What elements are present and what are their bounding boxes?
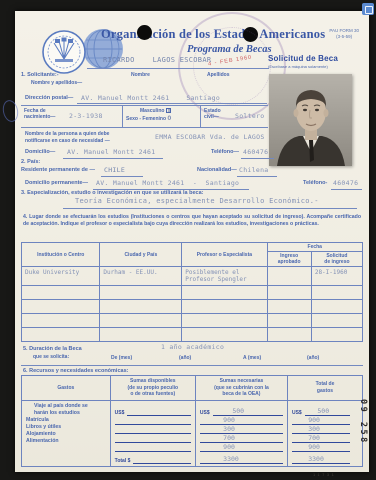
applicant-name-value: RICARDO LAGOS ESCOBAR [103, 56, 211, 64]
currency-label: US$ [115, 410, 125, 416]
institucion-value [22, 300, 100, 314]
civil-status-value: Soltero [235, 112, 265, 120]
de-mes-label: De (mes) [111, 355, 132, 361]
amount-line: 900 [292, 444, 350, 452]
amount-line [115, 435, 191, 443]
hole-punch-icon [137, 25, 152, 40]
profesor-value: Posiblemente el Profesor Spengler [182, 267, 267, 286]
total-value: 900 [308, 416, 320, 424]
overlay-icon[interactable] [362, 3, 374, 15]
col-profesor: Profesor o Especialista [182, 243, 267, 267]
sex-femenino-line: Sexo - Femenino O [126, 114, 197, 122]
institucion-value [22, 286, 100, 300]
col-ciudad: Ciudad y País [100, 243, 182, 267]
ciudad-value: Durham - EE.UU. [100, 267, 182, 286]
amount-line [115, 444, 191, 452]
direccion-label: Dirección postal— [25, 95, 73, 101]
direccion-underline [77, 103, 267, 104]
necesaria-value: 900 [223, 416, 235, 424]
name-underline [87, 68, 269, 69]
amount-line [115, 417, 191, 425]
domicilio-label: Domicilio— [25, 149, 55, 155]
notify-label: Nombre de la persona a quien debe notifi… [25, 131, 110, 145]
dom-perm-telefono-value: 460476 [331, 179, 362, 190]
nacionalidad-value: Chilena [237, 166, 277, 177]
residente-value: CHILE [101, 166, 143, 177]
table-row [22, 328, 363, 342]
ingreso-value [267, 300, 311, 314]
col-total-gastos: Total de gastos [287, 376, 362, 401]
necesaria-value: 900 [223, 443, 235, 451]
study-places-table: Institución o Centro Ciudad y País Profe… [21, 242, 363, 342]
ciudad-value [100, 286, 182, 300]
telefono-label: Teléfono— [211, 149, 239, 155]
amount-line: 900 [200, 444, 283, 452]
form-number-line2: (3-5-59) [329, 34, 359, 40]
section3-value: Teoría Económica, especialmente Desarrol… [75, 197, 319, 205]
notify-value: EMMA ESCOBAR Vda. de LAGOS [155, 133, 265, 141]
solicitud-value [311, 286, 362, 300]
sex-masculino-checkbox: x [166, 108, 171, 113]
ciudad-value [100, 314, 182, 328]
amount-line: 3300 [200, 456, 283, 464]
gasto-label: Viaje al país donde se harán los estudio… [34, 403, 106, 417]
total-value: 300 [308, 425, 320, 433]
institucion-value: Duke University [22, 267, 100, 286]
dom-perm-telefono-label: Teléfono- [303, 180, 327, 186]
ciudad-value [100, 328, 182, 342]
nacionalidad-label: Nacionalidad— [197, 167, 237, 173]
section4-title: 4. Lugar donde se efectuarán los estudio… [23, 214, 361, 228]
amount-line [115, 426, 191, 434]
section2-title: 2. País: [21, 159, 40, 165]
amount-line: 900 [200, 417, 283, 425]
sex-femenino-label: Sexo - Femenino [126, 116, 166, 122]
ingreso-value [267, 328, 311, 342]
col-solicitud: Solicitud de ingreso [311, 252, 362, 267]
institucion-value [22, 314, 100, 328]
birthdate-cell: Fecha de nacimiento— 2-3-1938 [21, 106, 123, 127]
amount-line: 300 [292, 426, 350, 434]
table-row [22, 286, 363, 300]
section1-title: 1. Solicitante:- [21, 72, 59, 78]
col-institucion: Institución o Centro [22, 243, 100, 267]
amount-line: 700 [200, 435, 283, 443]
total-label: Total $ [115, 458, 131, 464]
ingreso-value [267, 267, 311, 286]
ano1-label: (año) [179, 355, 191, 361]
civil-status-cell: Estado civil— Soltero [201, 106, 268, 127]
amount-line [133, 456, 191, 464]
table-row [22, 300, 363, 314]
total-value: 900 [308, 443, 320, 451]
gasto-label: Alimentación [26, 438, 106, 445]
solicitud-value [311, 328, 362, 342]
dom-perm-label: Domicilio permanente— [25, 180, 88, 186]
gasto-label: Libros y útiles [26, 424, 106, 431]
profesor-value [182, 328, 267, 342]
direccion-value: AV. Manuel Montt 2461 Santiago [81, 94, 220, 102]
section6-title: 6. Recursos y necesidades económicas: [23, 368, 128, 374]
total-necesaria-value: 3300 [223, 455, 239, 463]
col-necesarias: Sumas necesarias (que se cubrirán con la… [195, 376, 287, 401]
apellidos-column-label: Apellidos [207, 72, 230, 78]
currency-label: US$ [292, 410, 302, 416]
ingreso-value [267, 286, 311, 300]
sex-cell: Masculinox Sexo - Femenino O [123, 106, 201, 127]
table-row: Viaje al país donde se harán los estudio… [22, 400, 363, 466]
necesaria-value: 700 [223, 434, 235, 442]
solicitud-value: 28-I-1960 [311, 267, 362, 286]
currency-label: US$ [200, 410, 210, 416]
total-value: 700 [308, 434, 320, 442]
amount-line: 700 [292, 435, 350, 443]
ingreso-value [267, 314, 311, 328]
amount-line: 3300 [292, 456, 350, 464]
gasto-label: Alojamiento [26, 431, 106, 438]
archival-number: 09 258 [358, 399, 368, 445]
amount-line: 500 [213, 408, 283, 416]
section3-title: 3. Especialización, estudio o investigac… [21, 190, 203, 196]
necesaria-value: 500 [232, 407, 244, 415]
gasto-label: Matrícula [26, 417, 106, 424]
profesor-value [182, 300, 267, 314]
scanned-form-page: Organización de los Estados Americanos P… [15, 11, 369, 472]
birth-sex-civil-row: Fecha de nacimiento— 2-3-1938 Masculinox… [21, 105, 268, 128]
amount-line: 500 [305, 408, 350, 416]
profesor-value [182, 286, 267, 300]
ano2-label: (año) [307, 355, 319, 361]
applicant-photo [269, 74, 352, 166]
ciudad-value [100, 300, 182, 314]
necesaria-value: 300 [223, 425, 235, 433]
dom-perm-value: AV. Manuel Montt 2461 - Santiago [93, 179, 249, 190]
total-general-value: 3300 [308, 455, 324, 463]
domicilio-value: AV. Manuel Montt 2461 [63, 148, 163, 159]
section3-underline [63, 208, 357, 209]
solicitud-value [311, 300, 362, 314]
total-value: 500 [317, 407, 329, 415]
section1-subtitle: Nombre y apellidos— [31, 80, 82, 86]
profesor-value [182, 314, 267, 328]
col-gastos: Gastos [22, 376, 111, 401]
residente-label: Residente permanente de — [21, 167, 95, 173]
nombre-column-label: Nombre [131, 72, 150, 78]
amount-line: 900 [292, 417, 350, 425]
section5-title2: que se solicita: [33, 354, 69, 360]
table-row [22, 314, 363, 328]
col-disponibles: Sumas disponibles (de su propio peculio … [110, 376, 195, 401]
section5-title: 5. Duración de la Beca [23, 346, 82, 352]
footer-faint-digits: 11731 [313, 472, 336, 477]
sex-femenino-mark: O [167, 114, 171, 122]
section5-divider [21, 365, 363, 366]
solicitud-value [311, 314, 362, 328]
birthdate-value: 2-3-1938 [69, 112, 103, 120]
col-fecha: Fecha [267, 243, 363, 252]
stamp-date: 4 - FEB 1960 [208, 55, 253, 68]
amount-line [127, 408, 191, 416]
institucion-value [22, 328, 100, 342]
col-ingreso: Ingreso aprobado [267, 252, 311, 267]
form-number: PAU FORM 30 (3-5-59) [329, 28, 359, 41]
amount-line: 300 [200, 426, 283, 434]
duration-value: 1 año académico [161, 343, 224, 351]
table-row: Duke University Durham - EE.UU. Posiblem… [22, 267, 363, 286]
a-mes-label: A (mes) [243, 355, 261, 361]
expenses-table: Gastos Sumas disponibles (de su propio p… [21, 375, 363, 467]
telefono-value: 460476 [241, 148, 274, 159]
